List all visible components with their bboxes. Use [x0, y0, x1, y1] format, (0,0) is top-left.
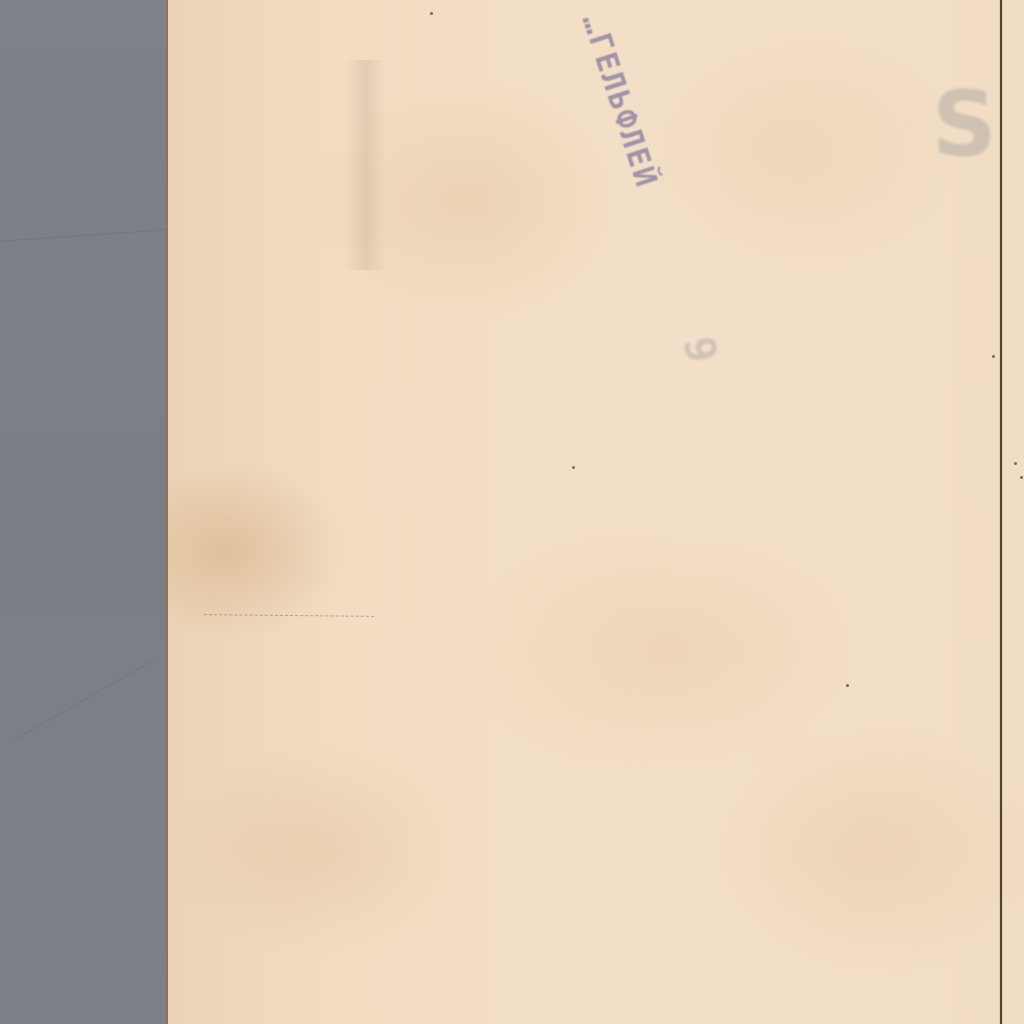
- ink-stamp: …ГЕЛЬФЛЕЙ: [575, 10, 664, 193]
- paper-crack: [204, 610, 374, 617]
- bleed-through-shadow: [346, 60, 386, 270]
- paper-speck: [572, 466, 575, 469]
- paper-speck: [846, 684, 849, 687]
- paper-page: …ГЕЛЬФЛЕЙ 9 S: [166, 0, 1024, 1024]
- scanner-backdrop: [0, 0, 166, 1024]
- paper-speck: [992, 355, 995, 358]
- faint-stamp-mark: 9: [674, 333, 727, 366]
- paper-speck: [1020, 476, 1023, 479]
- paper-speck: [430, 12, 433, 15]
- bleed-through-mark: S: [932, 70, 998, 180]
- paper-speck: [1014, 462, 1017, 465]
- backdrop-crease: [11, 659, 155, 743]
- backdrop-crease: [0, 229, 166, 242]
- vertical-rule-line: [1000, 0, 1002, 1024]
